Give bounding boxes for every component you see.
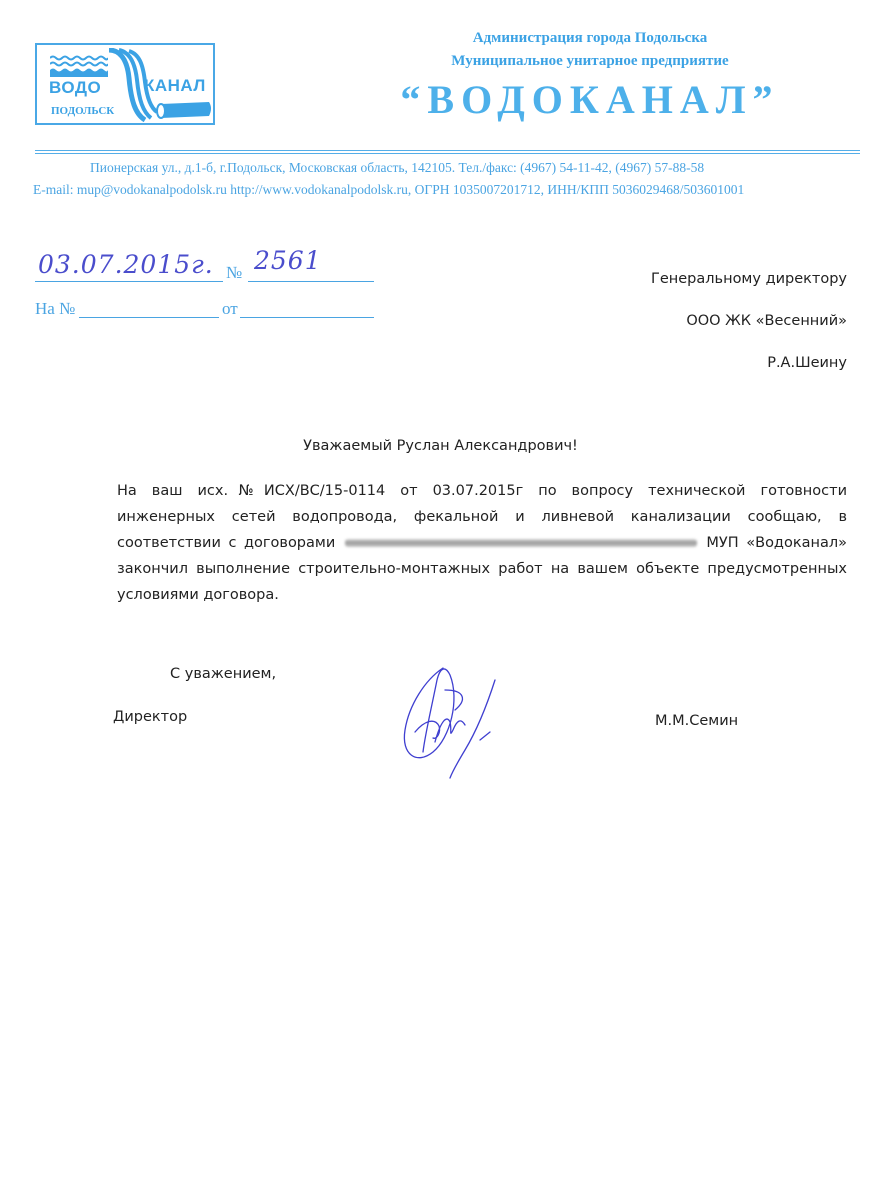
letterhead-rule-top [35, 150, 860, 151]
org-admin-line: Администрация города Подольска [370, 30, 810, 47]
number-underline [248, 281, 374, 282]
signer-name: М.М.Семин [655, 713, 738, 729]
reply-to-label: На № [35, 299, 75, 319]
contact-email-web-ids: E-mail: mup@vodokanalpodolsk.ru http://w… [33, 182, 744, 198]
body-line-5: условиями договора. [117, 582, 847, 608]
body-line-2: инженерных сетей водопровода, фекальной … [117, 504, 847, 530]
letter-body: На ваш исх.№ИСХ/ВС/15-0114 от 03.07.2015… [117, 478, 847, 608]
logo-word-vodo: ВОДО [49, 78, 101, 98]
body-line-3-suffix: МУП «Водоканал» [706, 535, 847, 551]
contact-address-phones: Пионерская ул., д.1-б, г.Подольск, Моско… [90, 160, 704, 176]
vodokanal-logo: ВОДО КАНАЛ ПОДОЛЬСК [35, 43, 215, 125]
addressee-company: ООО ЖК «Весенний» [686, 313, 847, 329]
waves-icon [50, 55, 108, 77]
body-line-3: соответствии с договорами МУП «Водоканал… [117, 530, 847, 556]
org-name: “ВОДОКАНАЛ” [370, 78, 810, 122]
outgoing-number: 2561 [254, 246, 322, 275]
salutation: Уважаемый Руслан Александрович! [0, 438, 881, 454]
letterhead-rule-bottom [35, 153, 860, 154]
closing-regards: С уважением, [170, 666, 276, 682]
body-line-1: На ваш исх.№ИСХ/ВС/15-0114 от 03.07.2015… [117, 478, 847, 504]
number-label: № [226, 263, 242, 283]
handwritten-signature-icon [395, 660, 505, 785]
addressee-name: Р.А.Шеину [767, 355, 847, 371]
body-line-3-prefix: соответствии с договорами [117, 535, 335, 551]
reply-to-field [79, 317, 219, 318]
date-underline [35, 281, 223, 282]
outgoing-date: 03.07.2015г. [38, 250, 214, 279]
addressee-position: Генеральному директору [651, 271, 847, 287]
org-type-line: Муниципальное унитарное предприятие [370, 53, 810, 70]
signer-position: Директор [113, 709, 187, 725]
water-pipe-logo-icon [105, 48, 215, 122]
body-line-4: закончил выполнение строительно-монтажны… [117, 556, 847, 582]
reply-from-field [240, 317, 374, 318]
redacted-contract-numbers [345, 539, 697, 547]
reply-from-label: от [222, 299, 238, 319]
